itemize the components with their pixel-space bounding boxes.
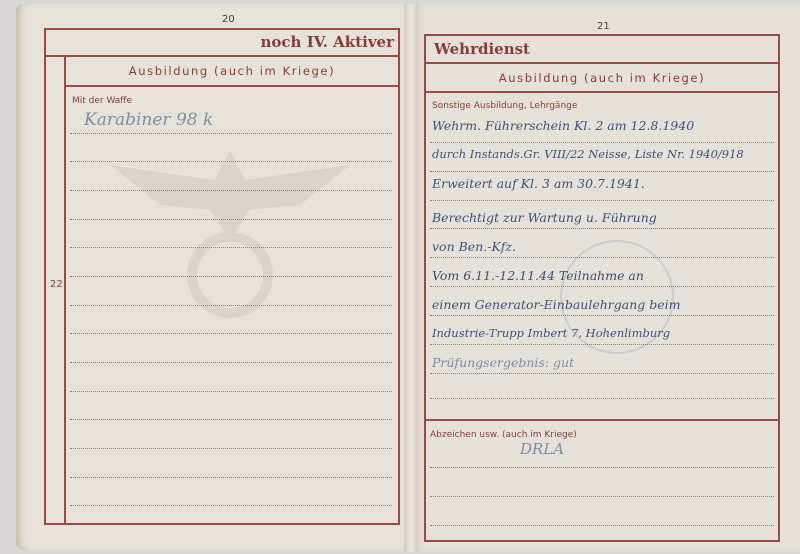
training-entry-7: einem Generator-Einbaulehrgang beim: [432, 297, 681, 312]
left-subheader: Ausbildung (auch im Kriege): [64, 64, 400, 78]
left-header-divider: [44, 55, 400, 57]
left-header-text: noch IV. Aktiver: [261, 33, 394, 51]
badges-section-divider: [424, 419, 780, 421]
field-label-weapon: Mit der Waffe: [72, 96, 132, 106]
page-number-right: 21: [597, 21, 610, 32]
training-entry-1: Wehrm. Führerschein Kl. 2 am 12.8.1940: [432, 118, 694, 133]
badges-entry: DRLA: [520, 440, 564, 458]
right-subheader: Ausbildung (auch im Kriege): [424, 71, 780, 85]
training-entry-3: Erweitert auf Kl. 3 am 30.7.1941.: [432, 176, 645, 191]
training-entry-5: von Ben.-Kfz.: [432, 239, 516, 254]
weapon-entry: Karabiner 98 k: [84, 110, 213, 130]
left-subheader-divider: [64, 85, 400, 87]
field-label-badges: Abzeichen usw. (auch im Kriege): [430, 430, 577, 440]
training-entry-4: Berechtigt zur Wartung u. Führung: [432, 210, 657, 225]
book-spine: [404, 4, 418, 552]
training-entry-2: durch Instands.Gr. VIII/22 Neisse, Liste…: [432, 147, 744, 161]
right-header-divider: [424, 62, 780, 64]
side-number: 22: [50, 279, 63, 290]
training-entry-9: Prüfungsergebnis: gut: [432, 355, 574, 370]
training-entry-6: Vom 6.11.-12.11.44 Teilnahme an: [432, 268, 644, 283]
training-entry-8: Industrie-Trupp Imbert 7, Hohenlimburg: [432, 326, 670, 340]
right-page-header: Wehrdienst: [434, 40, 530, 58]
right-subheader-divider: [424, 91, 780, 93]
field-label-training: Sonstige Ausbildung, Lehrgänge: [432, 101, 577, 111]
watermark-emblem-icon: [100, 140, 360, 320]
page-number-left: 20: [222, 14, 235, 25]
left-margin-column-line: [64, 55, 66, 525]
left-page-header: noch IV. Aktiver: [261, 33, 394, 51]
